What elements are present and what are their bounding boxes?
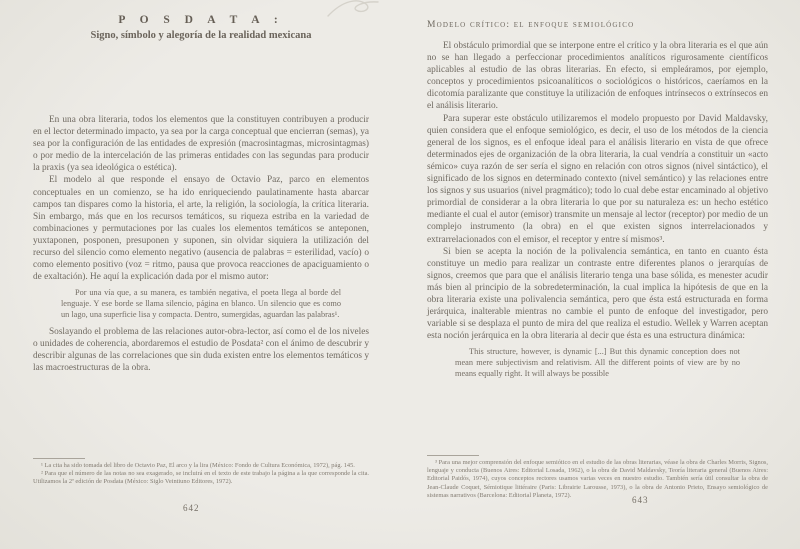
paragraph: Si bien se acepta la noción de la poliva… [427, 246, 768, 343]
chapter-title-block: P O S D A T A : Signo, símbolo y alegorí… [33, 14, 369, 41]
page-number: 643 [632, 495, 649, 505]
left-page: P O S D A T A : Signo, símbolo y alegorí… [33, 0, 369, 549]
block-quote-english: This structure, however, is dynamic [...… [455, 347, 740, 379]
paragraph: El obstáculo primordial que se interpone… [427, 40, 768, 113]
left-footnote-block: ¹ La cita ha sido tomada del libro de Oc… [33, 458, 369, 487]
footnote: ¹ La cita ha sido tomada del libro de Oc… [33, 462, 369, 470]
footnote-rule [33, 458, 85, 459]
paragraph: Soslayando el problema de las relaciones… [33, 326, 369, 374]
chapter-subtitle: Signo, símbolo y alegoría de la realidad… [33, 30, 369, 41]
right-body-text: El obstáculo primordial que se interpone… [427, 40, 768, 380]
footnote: ³ Para una mejor comprensión del enfoque… [427, 459, 768, 500]
left-body-text: En una obra literaria, todos los element… [33, 114, 369, 374]
footnote: ² Para que el número de las notas no sea… [33, 470, 369, 486]
right-page: Modelo crítico: el enfoque semiológico E… [427, 0, 768, 549]
footnote-rule [427, 455, 479, 456]
right-footnote-block: ³ Para una mejor comprensión del enfoque… [427, 455, 768, 500]
chapter-title: P O S D A T A : [33, 14, 369, 26]
paragraph: El modelo al que responde el ensayo de O… [33, 174, 369, 283]
paragraph: En una obra literaria, todos los element… [33, 114, 369, 174]
page-number: 642 [183, 503, 200, 513]
scanned-book-spread: P O S D A T A : Signo, símbolo y alegorí… [0, 0, 800, 549]
block-quote: Por una vía que, a su manera, es también… [61, 288, 341, 320]
paragraph: Para superar este obstáculo utilizaremos… [427, 113, 768, 246]
running-head: Modelo crítico: el enfoque semiológico [427, 20, 768, 30]
